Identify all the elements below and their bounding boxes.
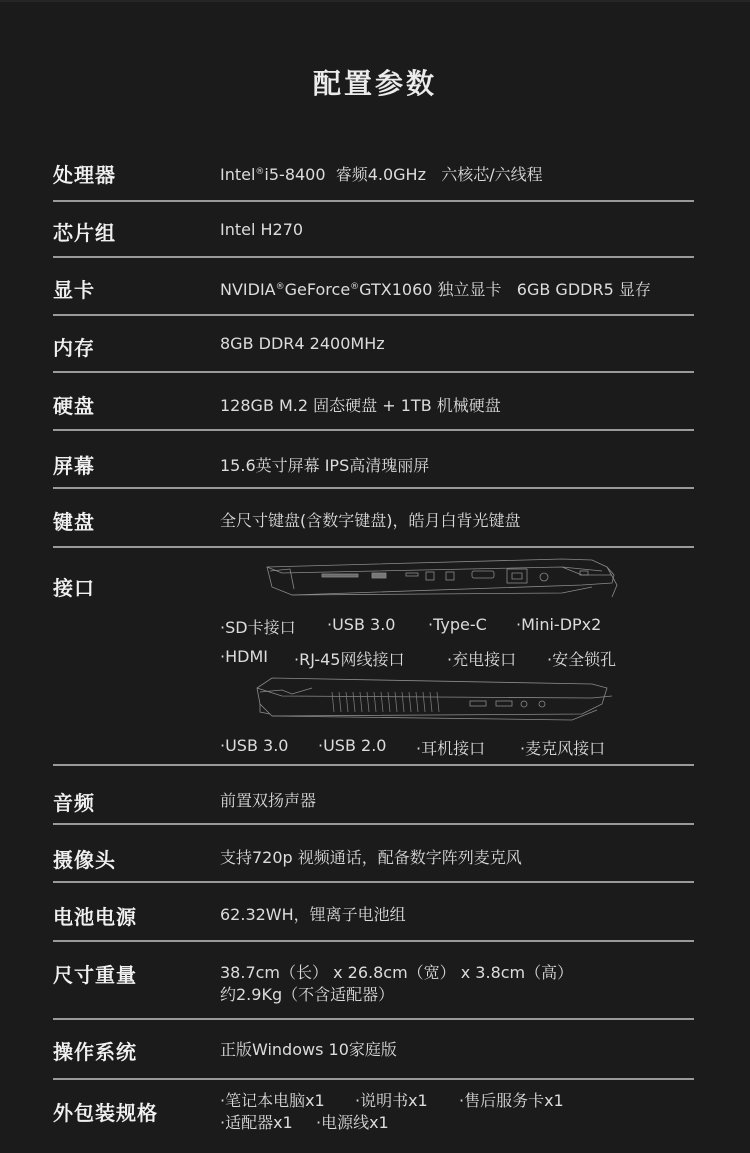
spec-label: 内存: [53, 332, 95, 361]
divider: [53, 546, 694, 548]
spec-value: 正版Windows 10家庭版: [220, 1037, 397, 1060]
divider: [53, 371, 694, 373]
port-label: ·Type-C: [428, 615, 487, 634]
divider: [53, 881, 694, 883]
divider: [53, 1018, 694, 1020]
spec-label: 芯片组: [53, 217, 116, 246]
divider: [53, 764, 694, 766]
package-item: ·电源线x1: [316, 1110, 389, 1133]
laptop-left-side-illustration: [262, 555, 624, 605]
spec-label: 音频: [53, 787, 95, 816]
spec-label: 屏幕: [53, 450, 95, 479]
spec-value: Intel®i5-8400 睿频4.0GHz 六核芯/六线程: [220, 162, 543, 185]
spec-label: 显卡: [53, 274, 95, 303]
spec-label: 键盘: [53, 506, 95, 535]
spec-label: 电池电源: [53, 901, 137, 930]
spec-value: 前置双扬声器: [220, 788, 316, 811]
port-label: ·USB 3.0: [220, 736, 288, 755]
port-label: ·RJ-45网线接口: [294, 647, 405, 670]
port-label: ·USB 3.0: [327, 615, 395, 634]
package-item: ·适配器x1: [220, 1110, 293, 1133]
port-label: ·USB 2.0: [318, 736, 386, 755]
package-item: ·笔记本电脑x1: [220, 1088, 325, 1111]
spec-label: 硬盘: [53, 390, 95, 419]
divider: [53, 823, 694, 825]
spec-label: 尺寸重量: [53, 959, 137, 988]
divider: [53, 200, 694, 202]
spec-value: 128GB M.2 固态硬盘 + 1TB 机械硬盘: [220, 393, 501, 416]
divider: [53, 429, 694, 431]
port-label: ·充电接口: [447, 647, 516, 670]
divider: [53, 314, 694, 316]
spec-value: 8GB DDR4 2400MHz: [220, 334, 385, 353]
top-border: [0, 0, 750, 2]
spec-value: 62.32WH，锂离子电池组: [220, 902, 406, 925]
port-label: ·Mini-DPx2: [516, 615, 601, 634]
spec-value: Intel H270: [220, 220, 303, 239]
port-label: ·麦克风接口: [520, 736, 605, 759]
spec-label: 摄像头: [53, 844, 116, 873]
page-title: 配置参数: [0, 62, 750, 102]
spec-value: 全尺寸键盘(含数字键盘)，皓月白背光键盘: [220, 508, 521, 531]
divider: [53, 940, 694, 942]
spec-value: 支持720p 视频通话，配备数字阵列麦克风: [220, 845, 522, 868]
port-label: ·安全锁孔: [547, 647, 616, 670]
divider: [53, 1078, 694, 1080]
spec-value: 38.7cm（长） x 26.8cm（宽） x 3.8cm（高）: [220, 960, 573, 983]
divider: [53, 256, 694, 258]
port-label: ·SD卡接口: [220, 615, 296, 638]
spec-label: 外包装规格: [53, 1097, 158, 1126]
package-item: ·售后服务卡x1: [459, 1088, 564, 1111]
port-label: ·HDMI: [220, 647, 268, 666]
spec-value: NVIDIA®GeForce®GTX1060 独立显卡 6GB GDDR5 显存: [220, 277, 651, 300]
divider: [53, 487, 694, 489]
spec-label: 处理器: [53, 159, 116, 188]
spec-value: 15.6英寸屏幕 IPS高清瑰丽屏: [220, 453, 429, 476]
spec-label: 操作系统: [53, 1036, 137, 1065]
spec-label: 接口: [53, 572, 95, 601]
port-label: ·耳机接口: [416, 736, 485, 759]
laptop-right-side-illustration: [252, 674, 622, 724]
spec-value-line2: 约2.9Kg（不含适配器）: [220, 982, 394, 1005]
package-item: ·说明书x1: [355, 1088, 428, 1111]
